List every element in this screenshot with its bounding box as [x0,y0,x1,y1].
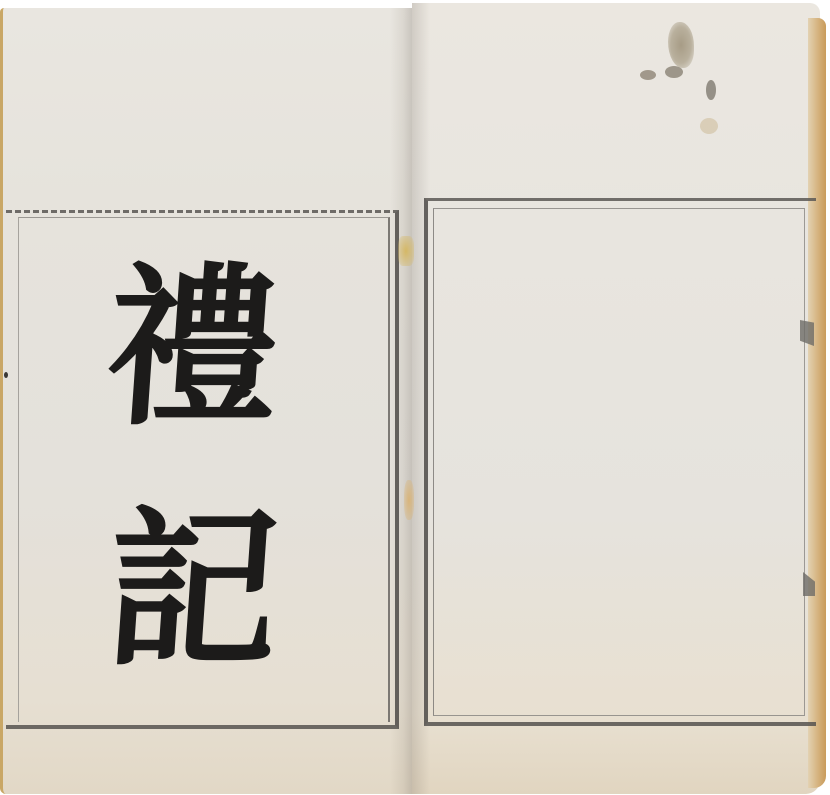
worm-hole-stain [668,22,694,68]
title-character-li: 禮 [101,262,285,434]
title-character-ji: 記 [101,504,285,676]
stain-spot [706,80,716,100]
stain-spot [640,70,656,80]
foxing-stain [700,118,718,134]
ink-dot [4,372,8,378]
calligraphy-title: 禮 記 [78,262,308,676]
right-page-border-inner [433,208,805,716]
stain-spot [665,66,683,78]
gutter-glue-stain [404,480,414,520]
gutter-glue-stain [398,236,414,266]
open-book-photo: 禮 記 [0,0,830,795]
